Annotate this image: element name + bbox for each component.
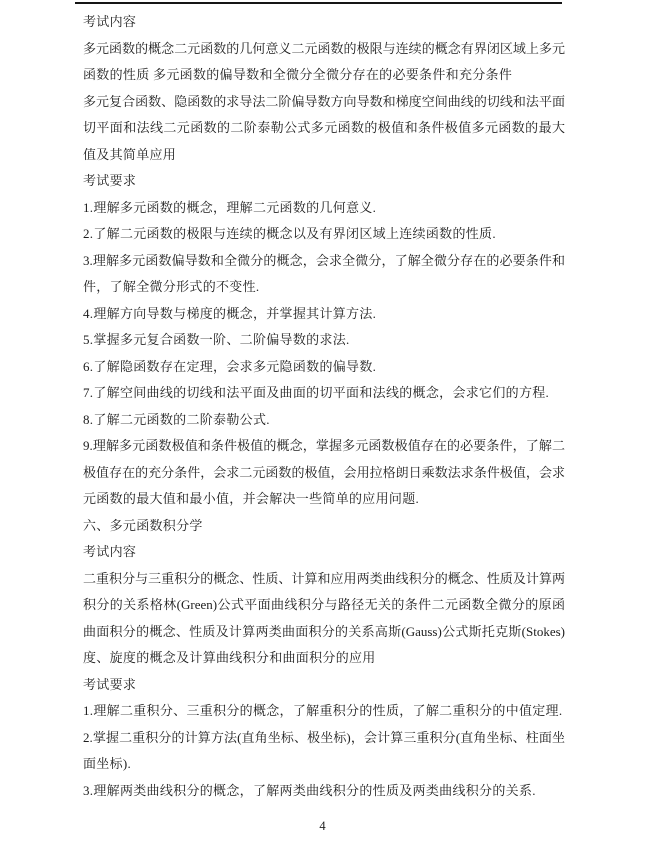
text-line: 6.了解隐函数存在定理，会求多元隐函数的偏导数. <box>83 354 565 381</box>
text-line: 2.了解二元函数的极限与连续的概念以及有界闭区域上连续函数的性质. <box>83 221 565 248</box>
text-line: 考试要求 <box>83 168 565 195</box>
text-line: 5.掌握多元复合函数一阶、二阶偏导数的求法. <box>83 327 565 354</box>
document-content: 考试内容多元函数的概念二元函数的几何意义二元函数的极限与连续的概念有界闭区域上多… <box>83 9 565 804</box>
text-line: 4.理解方向导数与梯度的概念，并掌握其计算方法. <box>83 301 565 328</box>
document-page: 考试内容多元函数的概念二元函数的几何意义二元函数的极限与连续的概念有界闭区域上多… <box>0 0 645 850</box>
text-line: 度、旋度的概念及计算曲线积分和曲面积分的应用 <box>83 645 565 672</box>
text-line: 1.理解多元函数的概念，理解二元函数的几何意义. <box>83 195 565 222</box>
text-line: 六、多元函数积分学 <box>83 513 565 540</box>
text-line: 极值存在的充分条件，会求二元函数的极值，会用拉格朗日乘数法求条件极值，会求简单多 <box>83 460 565 487</box>
text-line: 3.理解多元函数偏导数和全微分的概念，会求全微分，了解全微分存在的必要条件和充分… <box>83 248 565 275</box>
text-line: 考试内容 <box>83 9 565 36</box>
text-line: 切平面和法线二元函数的二阶泰勒公式多元函数的极值和条件极值多元函数的最大值、最小 <box>83 115 565 142</box>
text-line: 元函数的最大值和最小值，并会解决一些简单的应用问题. <box>83 486 565 513</box>
text-line: 曲面积分的概念、性质及计算两类曲面积分的关系高斯(Gauss)公式斯托克斯(St… <box>83 619 565 646</box>
text-line: 函数的性质 多元函数的偏导数和全微分全微分存在的必要条件和充分条件 <box>83 62 565 89</box>
text-line: 件，了解全微分形式的不变性. <box>83 274 565 301</box>
page-number: 4 <box>0 816 645 836</box>
text-line: 1.理解二重积分、三重积分的概念，了解重积分的性质，了解二重积分的中值定理. <box>83 698 565 725</box>
text-line: 考试要求 <box>83 672 565 699</box>
text-line: 3.理解两类曲线积分的概念，了解两类曲线积分的性质及两类曲线积分的关系. <box>83 778 565 805</box>
text-line: 考试内容 <box>83 539 565 566</box>
text-line: 积分的关系格林(Green)公式平面曲线积分与路径无关的条件二元函数全微分的原函… <box>83 592 565 619</box>
text-line: 多元复合函数、隐函数的求导法二阶偏导数方向导数和梯度空间曲线的切线和法平面曲面的 <box>83 89 565 116</box>
text-line: 二重积分与三重积分的概念、性质、计算和应用两类曲线积分的概念、性质及计算两类曲线 <box>83 566 565 593</box>
text-line: 9.理解多元函数极值和条件极值的概念，掌握多元函数极值存在的必要条件，了解二元函… <box>83 433 565 460</box>
text-line: 面坐标). <box>83 751 565 778</box>
text-line: 8.了解二元函数的二阶泰勒公式. <box>83 407 565 434</box>
header-rule <box>75 2 562 4</box>
text-line: 7.了解空间曲线的切线和法平面及曲面的切平面和法线的概念，会求它们的方程. <box>83 380 565 407</box>
text-line: 2.掌握二重积分的计算方法(直角坐标、极坐标)，会计算三重积分(直角坐标、柱面坐… <box>83 725 565 752</box>
text-line: 值及其简单应用 <box>83 142 565 169</box>
text-line: 多元函数的概念二元函数的几何意义二元函数的极限与连续的概念有界闭区域上多元连续 <box>83 36 565 63</box>
